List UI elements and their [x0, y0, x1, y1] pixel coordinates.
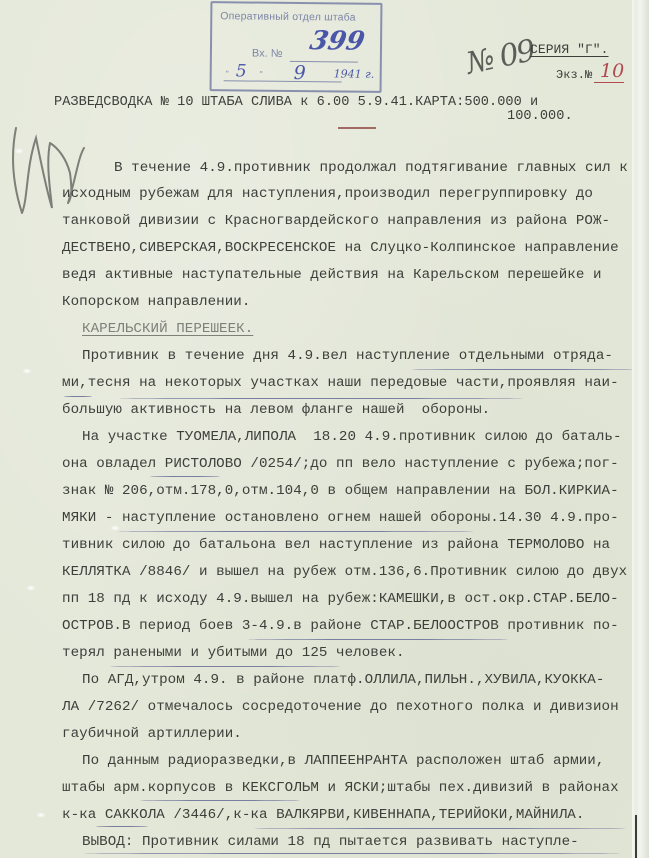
body-line-14: МЯКИ - наступление остановлено огнем наш…: [62, 510, 619, 526]
copy-label: Экз.№: [556, 68, 592, 82]
body-line-4: ДЕСТВЕНО,СИВЕРСКАЯ,ВОСКРЕСЕНСКОЕ на Слуц…: [62, 240, 619, 256]
pencil-underline: [96, 826, 148, 827]
pencil-underline: [118, 531, 474, 532]
stamp-quote-close: ": [260, 70, 263, 79]
body-line-10: большую активность на левом фланге нашей…: [62, 402, 490, 418]
body-line-25: к-ка САККОЛА /3446/,к-ка ВАЛКЯРВИ,КИВЕНН…: [62, 807, 584, 823]
body-line-8: Противник в течение дня 4.9.вел наступле…: [82, 348, 613, 364]
handwritten-note: № 09: [463, 33, 537, 81]
body-line-6: Копорском направлении.: [62, 294, 250, 310]
body-line-21: ЛА /7262/ отмечалось сосредоточение до п…: [62, 699, 619, 715]
stamp-quote-open: ": [226, 69, 229, 78]
conclusion-text: ВЫВОД: Противник силами 18 пд пытается р…: [82, 834, 579, 850]
body-line-20: По АГД,утром 4.9. в районе платф.ОЛЛИЛА,…: [82, 672, 604, 688]
paper-speck: [22, 368, 32, 374]
pencil-underline: [150, 476, 220, 477]
paper-speck: [14, 148, 24, 154]
body-line-17: пп 18 пд к исходу 4.9.вышел на рубеж:КАМ…: [62, 591, 619, 607]
body-line-5: ведя активные наступательные действия на…: [62, 267, 602, 283]
report-title-line1: РАЗВЕДСВОДКА № 10 ШТАБА СЛИВА к 6.00 5.9…: [54, 95, 538, 110]
series-text: СЕРИЯ "Г".: [530, 42, 609, 57]
document-page: Оперативный отдел штаба Вх. № 399 " 5 " …: [0, 0, 632, 858]
body-line-12: она овладел РИСТОЛОВО /0254/;до пп вело …: [62, 456, 619, 472]
body-line-22: гаубичной артиллерии.: [62, 726, 242, 742]
pencil-underline: [140, 800, 300, 801]
body-line-15: тивник силою до батальона вел наступлени…: [62, 537, 610, 553]
body-line-3: танковой дивизии с Красногвардейского на…: [62, 213, 610, 229]
body-line-26-conclusion: ВЫВОД: Противник силами 18 пд пытается р…: [82, 834, 579, 850]
pencil-underline: [64, 396, 92, 397]
body-line-19: терял ранеными и убитыми до 125 человек.: [62, 645, 405, 661]
stamp-department-title: Оперативный отдел штаба: [220, 10, 356, 23]
section-heading-karelian-isthmus: КАРЕЛЬСКИЙ ПЕРЕШЕЕК.: [82, 321, 253, 337]
page-edge: [632, 0, 649, 858]
stamp-incoming-number: 399: [307, 26, 367, 57]
paper-speck: [110, 525, 120, 531]
body-line-24: штабы арм.корпусов в КЕКСГОЛЬМ и ЯСКИ;шт…: [62, 780, 619, 796]
margin-pencil-mark-icon: [6, 118, 86, 228]
pencil-underline: [412, 369, 634, 370]
body-line-11: На участке ТУОМЕЛА,ЛИПОЛА 18.20 4.9.прот…: [82, 429, 622, 445]
stamp-year: 1941 г.: [334, 67, 375, 80]
stamp-day: 5: [236, 61, 247, 81]
section-heading-text: КАРЕЛЬСКИЙ ПЕРЕШЕЕК.: [82, 321, 253, 337]
body-line-13: знак № 206,отм.178,0,отм.104,0 в общем н…: [62, 483, 619, 499]
body-line-2: исходным рубежам для наступления,произво…: [62, 186, 593, 202]
margin-vertical-mark: [635, 815, 637, 858]
report-title-line2: 100.000.: [507, 109, 573, 124]
body-line-18: ОСТРОВ.В период боев 3-4.9.в районе СТАР…: [62, 618, 619, 634]
paper-speck: [26, 585, 36, 591]
stamp-date-line: [224, 80, 342, 82]
title-red-mark: [338, 127, 376, 129]
pencil-underline: [118, 398, 524, 399]
body-line-1: В течение 4.9.противник продолжал подтяг…: [114, 160, 628, 176]
incoming-stamp: Оперативный отдел штаба Вх. № 399 " 5 " …: [210, 1, 383, 93]
body-line-23: По данным радиоразведки,в ЛАППЕЕНРАНТА р…: [82, 753, 604, 769]
body-line-9: ми,тесня на некоторых участках наши пере…: [62, 375, 619, 391]
pencil-underline: [254, 828, 626, 829]
body-line-16: КЕЛЛЯТКА /8846/ и вышел на рубеж отм.136…: [62, 564, 627, 580]
pencil-underline: [110, 666, 340, 667]
paper-speck: [36, 812, 46, 818]
series-label: СЕРИЯ "Г".: [530, 42, 609, 57]
pencil-underline: [248, 639, 508, 640]
stamp-incoming-label: Вх. №: [252, 48, 283, 60]
copy-number-underline: [594, 82, 624, 83]
pencil-underline: [82, 853, 622, 854]
copy-number: 10: [600, 60, 624, 82]
